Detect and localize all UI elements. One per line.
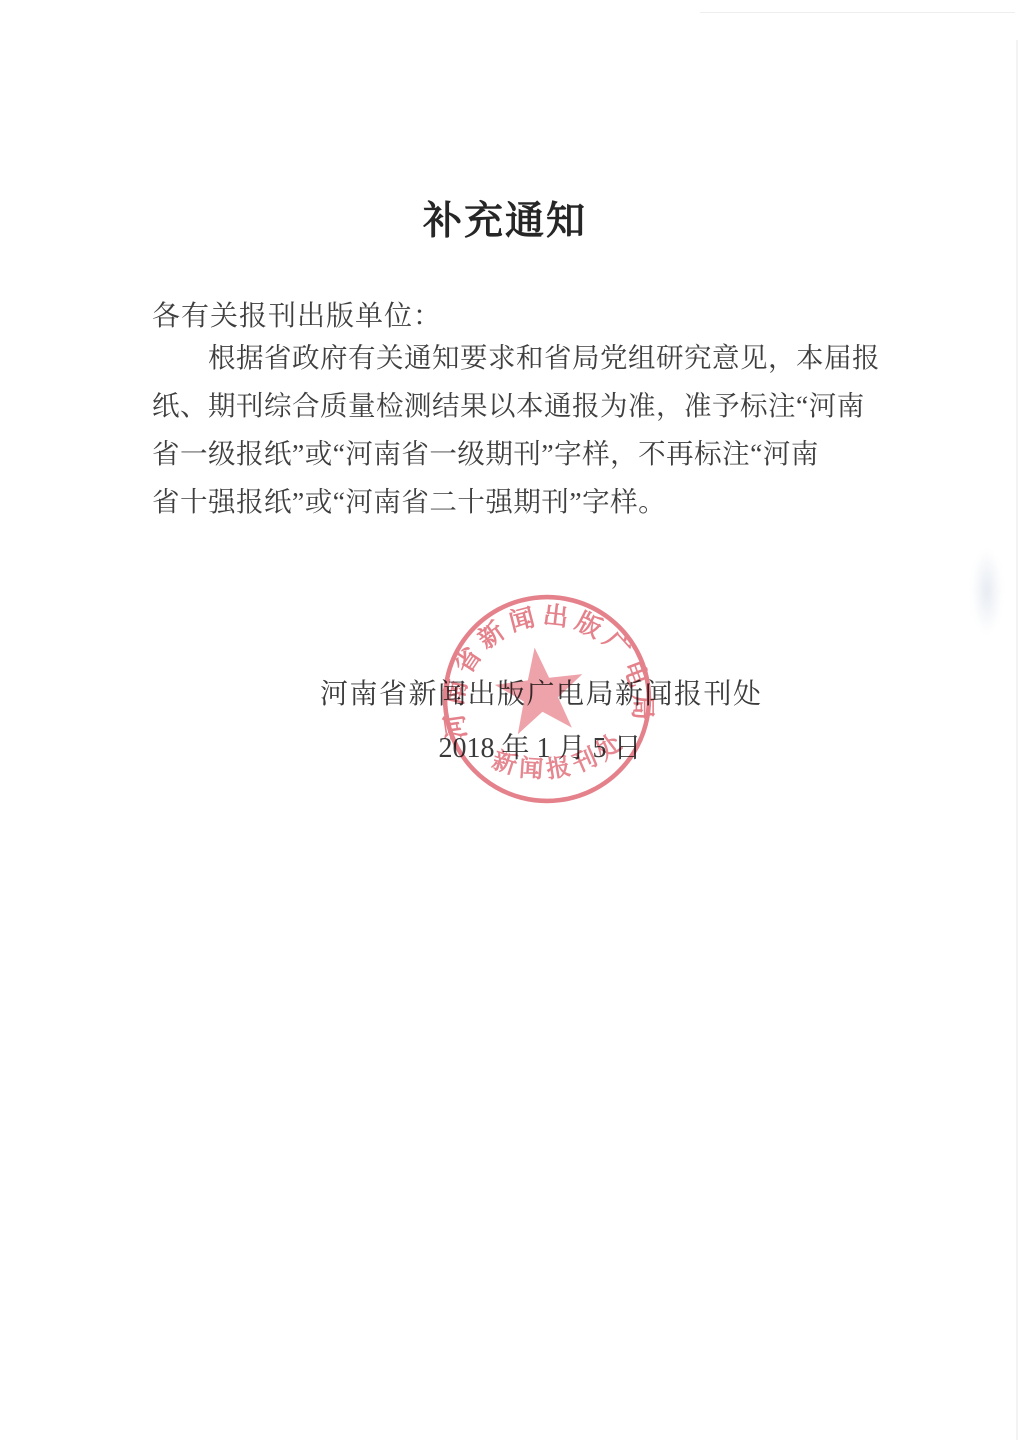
body-line: 根据省政府有关通知要求和省局党组研究意见，本届报 [152, 334, 874, 382]
scanned-notice-page: 补充通知 各有关报刊出版单位： 根据省政府有关通知要求和省局党组研究意见，本届报… [0, 0, 1024, 1448]
document-title: 补充通知 [0, 190, 1010, 246]
salutation-line: 各有关报刊出版单位： [152, 294, 442, 334]
svg-text:河南省新闻出版广电局: 河南省新闻出版广电局 [436, 589, 658, 752]
scan-artifact-smudge [972, 548, 1002, 634]
scan-artifact-page-edge [1016, 40, 1018, 1440]
svg-text:新闻报刊处: 新闻报刊处 [485, 725, 634, 791]
body-line: 省一级报纸”或“河南省一级期刊”字样，不再标注“河南 [152, 430, 874, 478]
seal-bottom-text: 新闻报刊处 [485, 725, 634, 791]
scan-artifact-top-line [700, 12, 1015, 13]
body-paragraph: 根据省政府有关通知要求和省局党组研究意见，本届报 纸、期刊综合质量检测结果以本通… [152, 334, 874, 526]
body-line: 省十强报纸”或“河南省二十强期刊”字样。 [152, 478, 874, 526]
star-icon [491, 642, 589, 736]
seal-ring-text: 河南省新闻出版广电局 [436, 589, 658, 752]
official-red-seal: 河南省新闻出版广电局 新闻报刊处 [436, 588, 658, 810]
body-line: 纸、期刊综合质量检测结果以本通报为准，准予标注“河南 [152, 382, 874, 430]
